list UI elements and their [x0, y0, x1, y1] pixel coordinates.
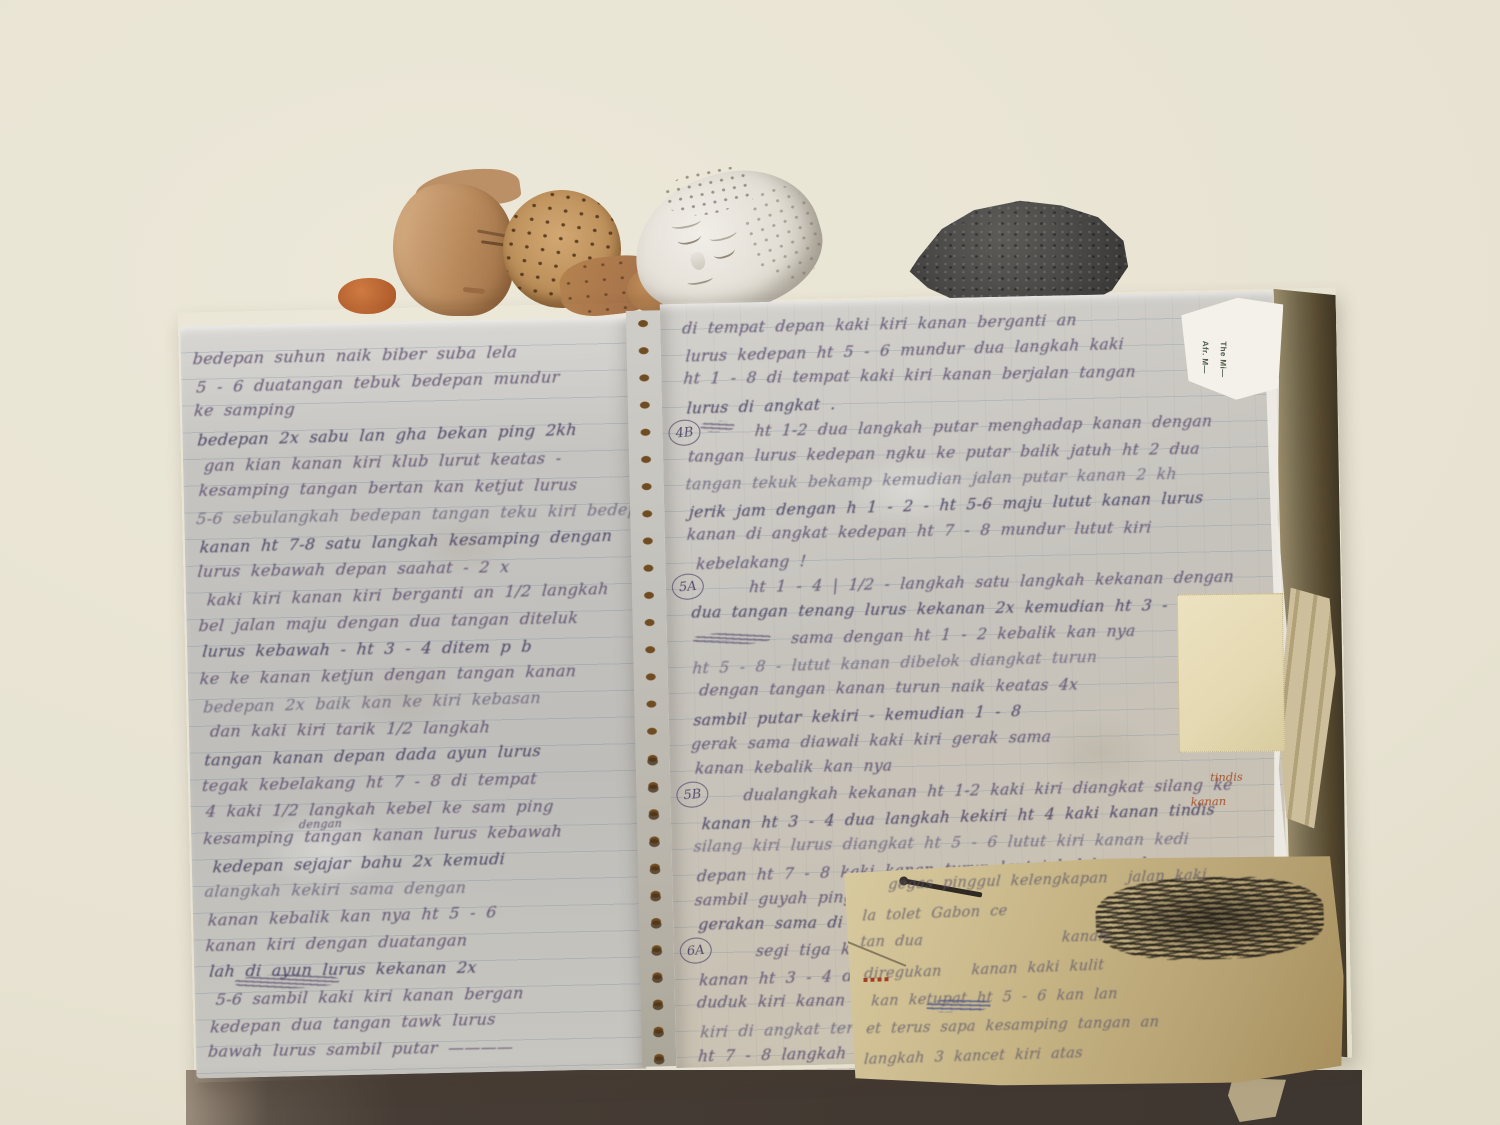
left-page-handwriting: bedepan suhun naik biber suba lela 5 - 6… — [192, 337, 640, 1067]
aged-note-patch: gegas pinggul kelengkapan jalan kaki la … — [844, 851, 1347, 1094]
terracotta-face — [393, 184, 513, 316]
red-annotation: kanan — [1190, 794, 1226, 809]
notebook: bedepan suhun naik biber suba lela 5 - 6… — [178, 287, 1353, 1082]
section-label: 5B — [683, 786, 702, 803]
left-page: bedepan suhun naik biber suba lela 5 - 6… — [180, 317, 646, 1079]
section-label: 4B — [675, 424, 694, 441]
patch-handwriting: gegas pinggul kelengkapan jalan kaki la … — [858, 858, 1334, 1075]
printed-label-text: The Mi— Afr. M— — [1191, 325, 1237, 377]
red-annotation: tindis — [1210, 770, 1243, 785]
section-label: 5A — [678, 578, 697, 595]
ceramic-head-sculpture — [625, 168, 830, 318]
section-label: 6A — [686, 942, 705, 959]
printed-label-line: The Mi— — [1218, 341, 1227, 377]
interlinear-insert: dengan — [298, 811, 343, 839]
handwritten-line: bawah lurus sambil putar ———— — [207, 1032, 641, 1066]
tan-stamp-patch — [1177, 593, 1285, 752]
terracotta-head-sculpture — [335, 168, 675, 318]
printed-label-line: Afr. M— — [1200, 341, 1209, 374]
